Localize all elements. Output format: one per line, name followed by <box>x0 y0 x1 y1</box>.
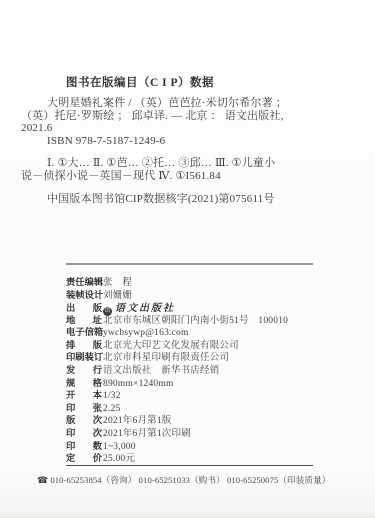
divider-top <box>66 263 313 265</box>
colophon-row-printing: 印刷装订 北京市科星印刷有限责任公司 <box>66 349 316 362</box>
colophon-label: 定价 <box>66 450 102 464</box>
colophon-value: 2021年6月第1次印刷 <box>103 425 191 439</box>
copyright-page: 图书在版编目（C I P）数据 大明星婚礼案件 / （英）芭芭拉·米切尔希尔著 … <box>0 0 375 518</box>
colophon-row-email: 电子信箱 ywcbsywp@163.com <box>66 324 316 337</box>
cip-classification-line2: 说－侦探小说－英国－现代 Ⅳ. ①I561.84 <box>21 170 321 183</box>
colophon-row-publisher: 出版 语语文出版社 <box>66 299 316 312</box>
cip-title-statement-line1: 大明星婚礼案件 / （英）芭芭拉·米切尔希尔著 ； <box>21 97 321 110</box>
colophon-label: 装帧设计 <box>66 287 102 301</box>
colophon-row-editor: 责任编辑 张 程 <box>66 274 316 287</box>
colophon-value: 北京市东城区朝阳门内南小街51号 100010 <box>103 312 288 326</box>
colophon-value: 语文出版社 新华书店经销 <box>103 362 219 376</box>
colophon-row-address: 地址 北京市东城区朝阳门内南小街51号 100010 <box>66 312 316 325</box>
contact-phones-line: ☎010-65253854（咨询） 010-65251033（购书） 010-6… <box>37 474 357 486</box>
colophon-row-designer: 装帧设计 刘姗姗 <box>66 287 316 300</box>
colophon-row-format: 开本 1/32 <box>66 387 316 400</box>
spacer <box>21 147 321 157</box>
colophon-table: 责任编辑 张 程 装帧设计 刘姗姗 出版 语语文出版社 地址 北京市东城区朝阳门… <box>66 274 316 463</box>
colophon-row-distribution: 发行 语文出版社 新华书店经销 <box>66 362 316 375</box>
colophon-row-impression: 印次 2021年6月第1次印刷 <box>66 425 316 438</box>
cip-record-number: 中国版本图书馆CIP数据核字(2021)第075611号 <box>21 193 321 206</box>
cip-title-statement-line3: 2021.6 <box>21 122 321 135</box>
contact-phones-text: 010-65253854（咨询） 010-65251033（购书） 010-65… <box>50 475 330 485</box>
spacer <box>21 183 321 193</box>
colophon-row-typesetting: 排版 北京光大印艺文化发展有限公司 <box>66 337 316 350</box>
cip-classification-line1: Ⅰ. ①大… Ⅱ. ①芭… ②托… ③邱… Ⅲ. ①儿童小 <box>21 157 321 170</box>
cip-heading: 图书在版编目（C I P）数据 <box>66 74 214 90</box>
colophon-value: 25.00元 <box>103 450 135 464</box>
colophon-row-edition: 版次 2021年6月第1版 <box>66 412 316 425</box>
colophon-row-sheets: 印张 2.25 <box>66 400 316 413</box>
colophon-value: 890mm×1240mm <box>103 379 174 389</box>
colophon-value: 1/32 <box>103 391 121 401</box>
colophon-row-size: 规格 890mm×1240mm <box>66 375 316 388</box>
cip-title-statement-line2: （英）托尼·罗斯绘 ； 邱卓译. — 北京 ： 语文出版社, <box>21 110 321 123</box>
phone-icon: ☎ <box>37 476 48 486</box>
colophon-row-price: 定价 25.00元 <box>66 450 316 463</box>
cip-block: 大明星婚礼案件 / （英）芭芭拉·米切尔希尔著 ； （英）托尼·罗斯绘 ； 邱卓… <box>21 97 321 205</box>
divider-bottom <box>66 465 313 466</box>
cip-isbn: ISBN 978-7-5187-1249-6 <box>21 135 321 148</box>
colophon-row-print-run: 印数 1~3,000 <box>66 438 316 451</box>
